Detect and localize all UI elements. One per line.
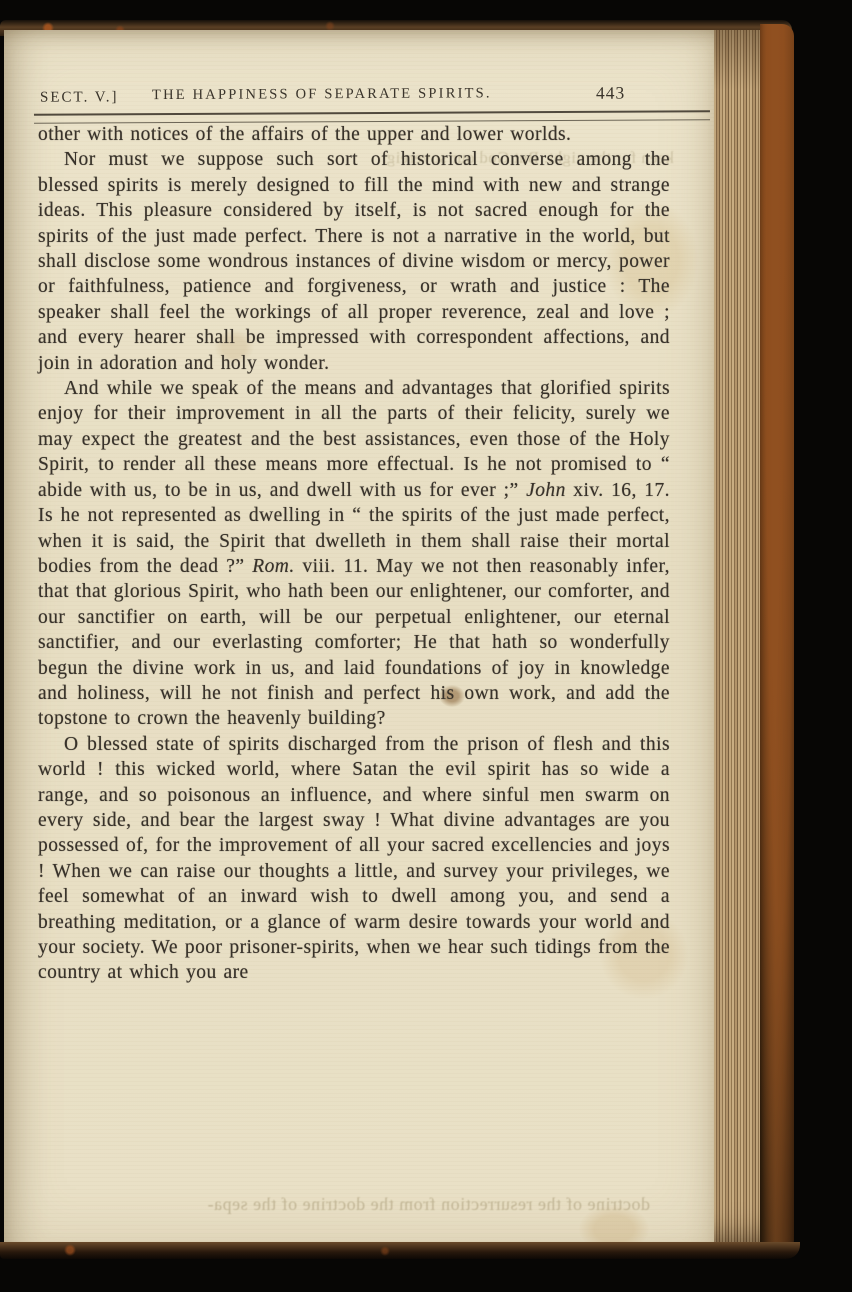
book-page: SECT. V.] THE HAPPINESS OF SEPARATE SPIR… bbox=[4, 30, 718, 1250]
body-text-block: other with notices of the affairs of the… bbox=[38, 122, 670, 986]
book-cover-right-edge bbox=[760, 24, 794, 1256]
italic-scripture-reference: Rom. bbox=[252, 556, 294, 577]
section-label: SECT. V.] bbox=[40, 89, 119, 106]
book-photograph: SECT. V.] THE HAPPINESS OF SEPARATE SPIR… bbox=[0, 0, 852, 1292]
paragraph: O blessed state of spirits discharged fr… bbox=[38, 732, 670, 986]
paragraph: other with notices of the affairs of the… bbox=[38, 122, 670, 147]
text-run: Nor must we suppose such sort of histori… bbox=[38, 149, 670, 373]
book-cover-bottom-edge bbox=[0, 1242, 800, 1259]
paragraph: Nor must we suppose such sort of histori… bbox=[38, 147, 670, 376]
italic-scripture-reference: John bbox=[526, 480, 566, 501]
running-title: THE HAPPINESS OF SEPARATE SPIRITS. bbox=[152, 85, 492, 104]
page-edges-stack bbox=[714, 30, 762, 1248]
page-number: 443 bbox=[596, 83, 625, 104]
text-run: other with notices of the affairs of the… bbox=[38, 124, 571, 145]
running-header: SECT. V.] THE HAPPINESS OF SEPARATE SPIR… bbox=[4, 82, 718, 112]
paragraph: And while we speak of the means and adva… bbox=[38, 376, 670, 732]
text-run: viii. 11. May we not then reasonably inf… bbox=[38, 556, 670, 729]
bleed-through-text-bottom: doctrine of the resurrection from the do… bbox=[84, 1194, 650, 1215]
text-run: O blessed state of spirits discharged fr… bbox=[38, 734, 670, 984]
